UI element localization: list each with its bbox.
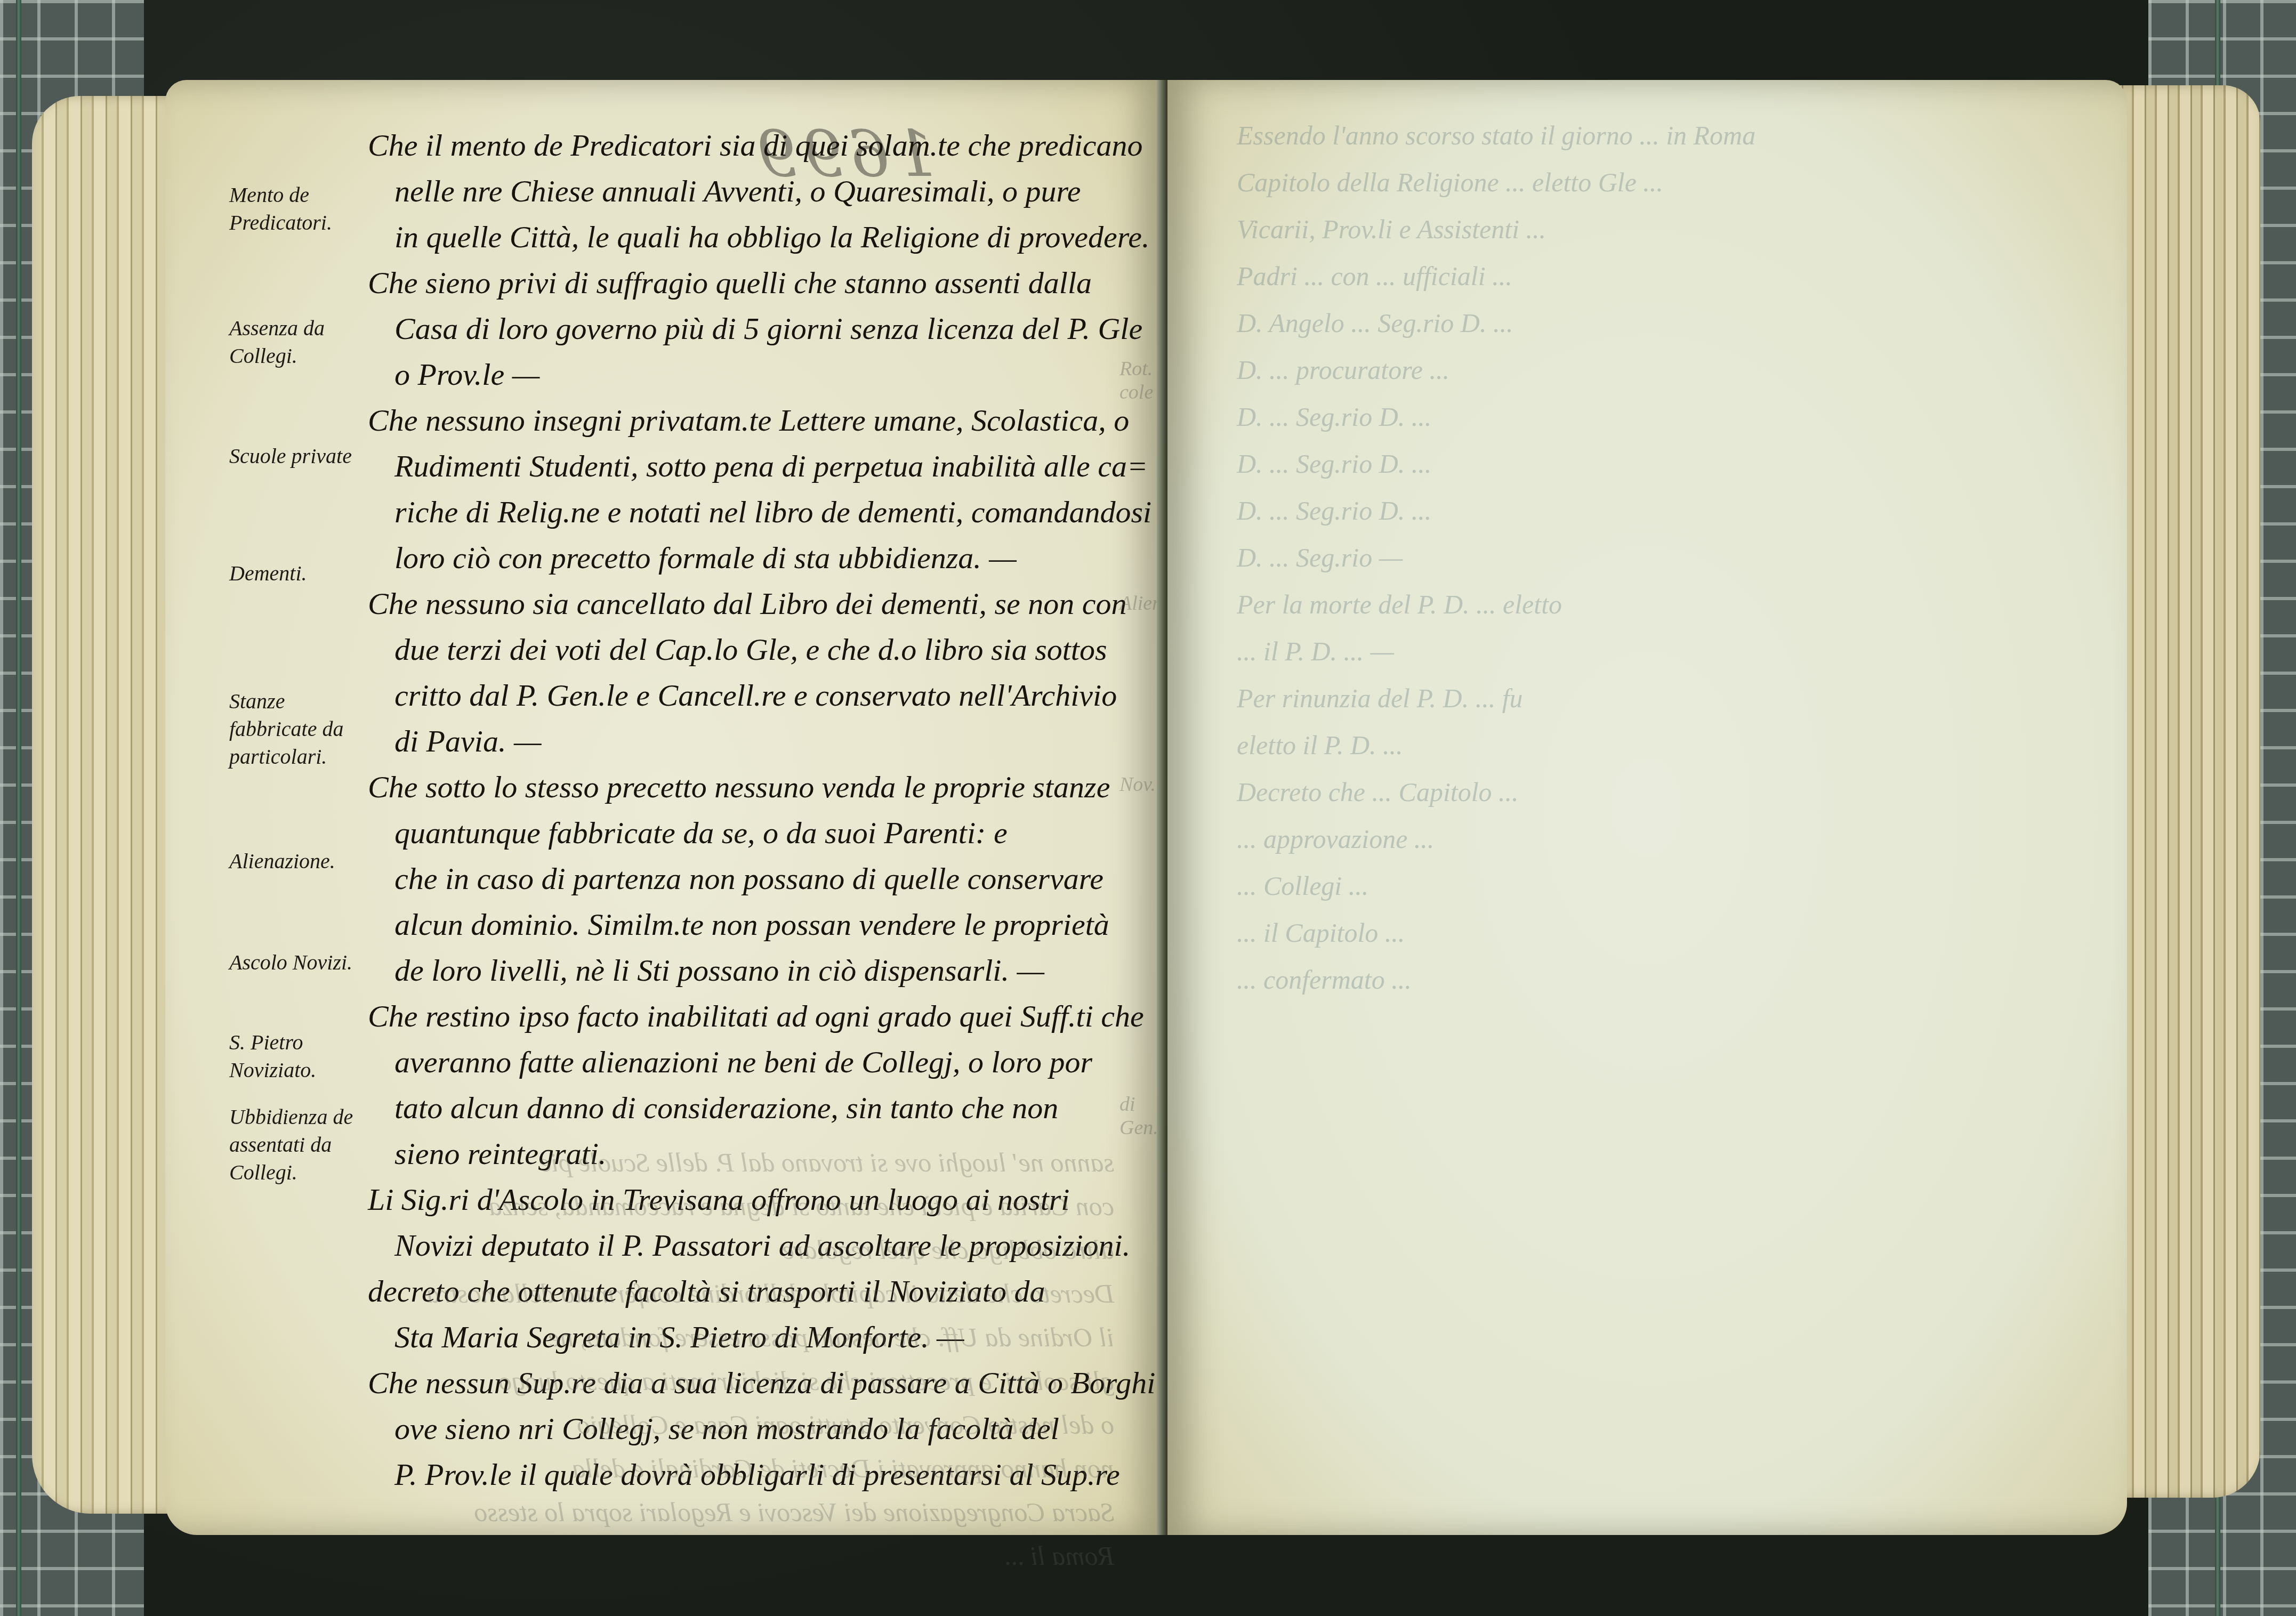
manuscript-line: Che nessuno insegni privatam.te Lettere … (368, 398, 1109, 443)
margin-note: Ubbidienza de assentati da Collegi. (229, 1103, 368, 1186)
manuscript-line: quantunque fabbricate da se, o da suoi P… (368, 810, 1109, 856)
manuscript-line: che in caso di partenza non possano di q… (368, 856, 1109, 902)
bleed-through-line: eletto il P. D. ... (1237, 722, 2036, 769)
open-book: 1699 Mento de Predicatori.Assenza da Col… (32, 64, 2260, 1546)
margin-note: Assenza da Collegi. (229, 314, 368, 370)
bleed-through-line: Decreto che detto il capitolo dell'ordin… (368, 1272, 1114, 1315)
margin-note: Alienazione. (229, 847, 368, 875)
manuscript-line: Che nessuno sia cancellato dal Libro dei… (368, 581, 1109, 627)
bleed-through-line: ... confermato ... (1237, 956, 2036, 1003)
manuscript-line: loro ciò con precetto formale di sta ubb… (368, 535, 1109, 581)
offset-marginalia: Rot. cole (1119, 357, 1162, 404)
margin-note: Stanze fabbricate da particolari. (229, 688, 368, 771)
manuscript-line: riche di Relig.ne e notati nel libro de … (368, 489, 1109, 535)
margin-note: Mento de Predicatori. (229, 181, 368, 237)
manuscript-line: Rudimenti Studenti, sotto pena di perpet… (368, 443, 1109, 489)
manuscript-line: Che restino ipso facto inabilitati ad og… (368, 993, 1109, 1039)
left-page: 1699 Mento de Predicatori.Assenza da Col… (165, 80, 1162, 1535)
bleed-through-line: ... approvazione ... (1237, 815, 2036, 862)
margin-note: S. Pietro Noviziato. (229, 1029, 368, 1084)
manuscript-line: alcun dominio. Similm.te non possan vend… (368, 902, 1109, 948)
manuscript-line: critto dal P. Gen.le e Cancell.re e cons… (368, 673, 1109, 718)
bleed-through-line: o del nostro Convento a tutti ogni Casa … (368, 1403, 1114, 1447)
glass-plate-edge-left (16, 0, 21, 1616)
manuscript-line: Che il mento de Predicatori sia di quei … (368, 123, 1109, 168)
bleed-through-line: Capitolo della Religione ... eletto Gle … (1237, 159, 2036, 206)
manuscript-line: tato alcun danno di considerazione, sin … (368, 1085, 1109, 1131)
bleed-through-line: altro obbligo che quel regolare (368, 1228, 1114, 1272)
bleed-through-line: Vicarii, Prov.li e Assistenti ... (1237, 206, 2036, 253)
bleed-through-line: Sacra Congregazione dei Vescovi e Regola… (368, 1490, 1114, 1534)
right-page: Essendo l'anno scorso stato il giorno ..… (1167, 80, 2127, 1535)
bleed-through-line: Padri ... con ... ufficiali ... (1237, 253, 2036, 300)
bleed-through-line: D. Angelo ... Seg.rio D. ... (1237, 300, 2036, 346)
manuscript-line: o Prov.le — (368, 352, 1109, 398)
bleed-through-line: gli scolari, e precettori che si dichiar… (368, 1359, 1114, 1403)
bleed-through-line: il Ordine da Uff. che nessun possa esser… (368, 1315, 1114, 1359)
manuscript-line: Casa di loro governo più di 5 giorni sen… (368, 306, 1109, 352)
bleed-through-line: Decreto che ... Capitolo ... (1237, 769, 2036, 815)
bleed-through-line: ... il P. D. ... — (1237, 628, 2036, 675)
bleed-through-text: sanno ne' luoghi ove si trovano dal P. d… (368, 1141, 1114, 1578)
bleed-through-line: Per rinunzia del P. D. ... fu (1237, 675, 2036, 722)
manuscript-line: nelle nre Chiese annuali Avventi, o Quar… (368, 168, 1109, 214)
offset-marginalia: Nov. (1119, 773, 1156, 796)
margin-note: Ascolo Novizi. (229, 949, 368, 976)
offset-marginalia: di Gen. (1119, 1093, 1162, 1140)
bleed-through-line: Roma li ... (368, 1534, 1114, 1578)
manuscript-line: di Pavia. — (368, 718, 1109, 764)
bleed-through-line: D. ... Seg.rio — (1237, 534, 2036, 581)
bleed-through-line: D. ... procuratore ... (1237, 346, 2036, 393)
manuscript-line: Che sotto lo stesso precetto nessuno ven… (368, 764, 1109, 810)
margin-note: Scuole private (229, 442, 368, 470)
bleed-through-line: D. ... Seg.rio D. ... (1237, 487, 2036, 534)
manuscript-line: due terzi dei voti del Cap.lo Gle, e che… (368, 627, 1109, 673)
manuscript-line: de loro livelli, nè li Sti possano in ci… (368, 948, 1109, 993)
bleed-through-text: Essendo l'anno scorso stato il giorno ..… (1237, 112, 2036, 1003)
bleed-through-line: ... Collegi ... (1237, 862, 2036, 909)
bleed-through-line: sanno ne' luoghi ove si trovano dal P. d… (368, 1141, 1114, 1184)
bleed-through-line: D. ... Seg.rio D. ... (1237, 393, 2036, 440)
bleed-through-line: Per la morte del P. D. ... eletto (1237, 581, 2036, 628)
bleed-through-line: non hanno approvati i Decreti de Cardina… (368, 1447, 1114, 1490)
bleed-through-line: Essendo l'anno scorso stato il giorno ..… (1237, 112, 2036, 159)
manuscript-line: averanno fatte alienazioni ne beni de Co… (368, 1039, 1109, 1085)
bleed-through-line: D. ... Seg.rio D. ... (1237, 440, 2036, 487)
bleed-through-line: con Carità e pietà che tanto si degna e … (368, 1184, 1114, 1228)
manuscript-line: in quelle Città, le quali ha obbligo la … (368, 214, 1109, 260)
manuscript-line: Che sieno privi di suffragio quelli che … (368, 260, 1109, 306)
bleed-through-line: ... il Capitolo ... (1237, 909, 2036, 956)
margin-note: Dementi. (229, 560, 368, 587)
